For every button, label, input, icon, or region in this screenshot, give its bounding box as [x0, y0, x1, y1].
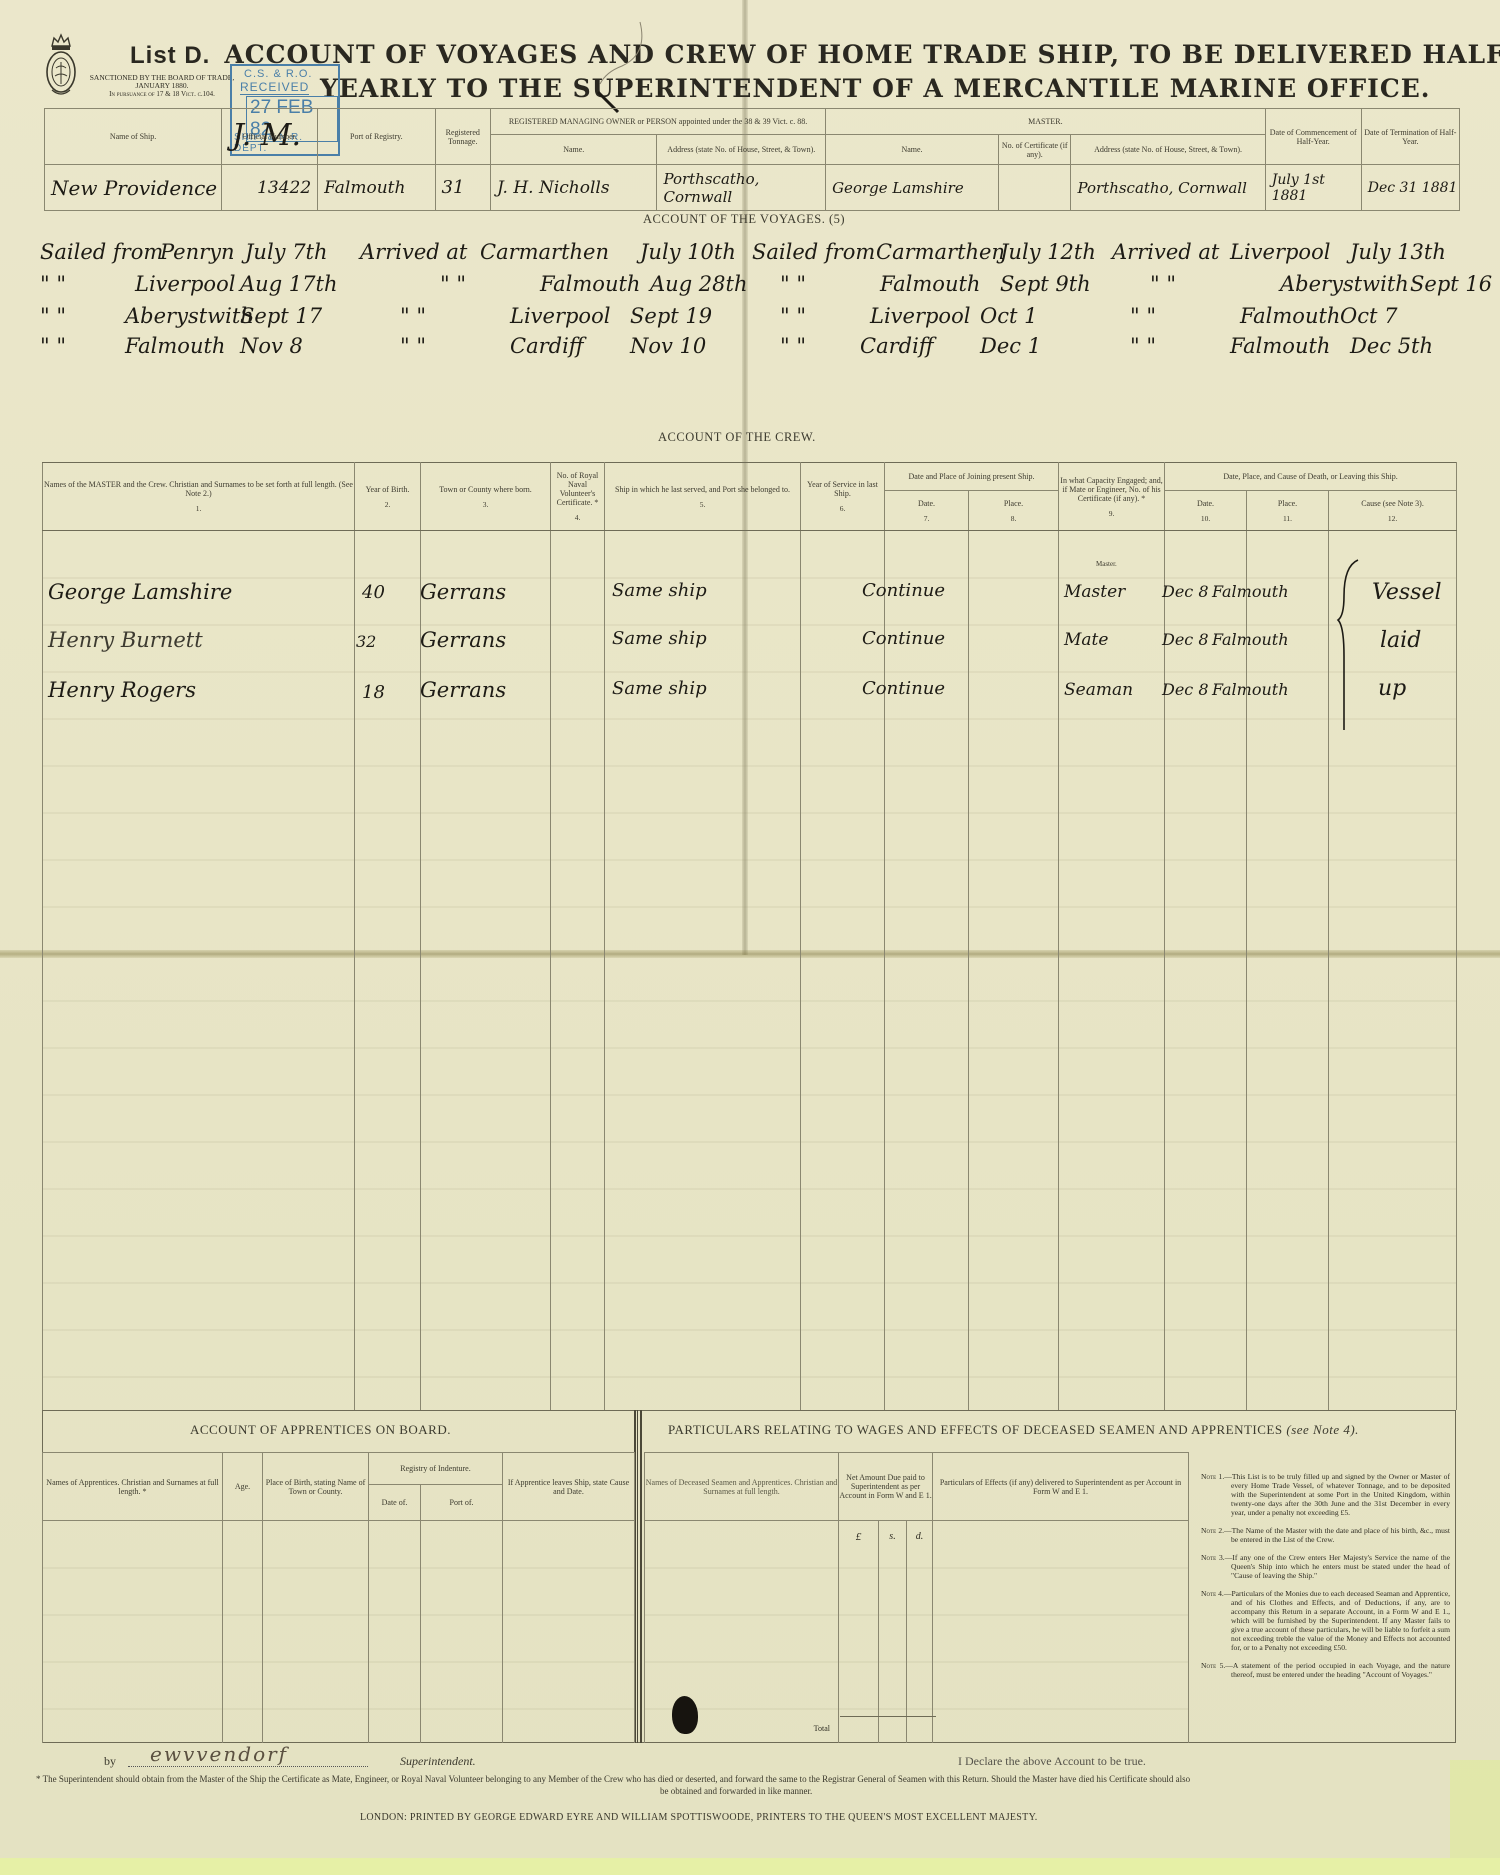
- crew-header-leaving-group: Date, Place, and Cause of Death, or Leav…: [1165, 463, 1457, 491]
- cause-line-3: up: [1378, 676, 1406, 701]
- tonnage-value: 31: [435, 165, 490, 211]
- crew-header-born: Town or County where born.3.: [421, 463, 551, 531]
- crew-section-title: ACCOUNT OF THE CREW.: [658, 430, 816, 445]
- cause-line-1: Vessel: [1372, 580, 1442, 605]
- port-registry-value: Falmouth: [318, 165, 435, 211]
- wages-header-net-amount: Net Amount Due paid to Superintendent as…: [839, 1453, 933, 1521]
- document-title-line-2: YEARLY TO THE SUPERINTENDENT OF A MERCAN…: [320, 74, 1431, 103]
- crew-header-name: Names of the MASTER and the Crew. Christ…: [43, 463, 355, 531]
- total-rule: [840, 1716, 936, 1717]
- apprentice-header-names: Names of Apprentices. Christian and Surn…: [43, 1453, 223, 1521]
- wages-section-title: PARTICULARS RELATING TO WAGES AND EFFECT…: [668, 1422, 1359, 1438]
- official-number-value: 13422: [222, 165, 318, 211]
- footnote: * The Superintendent should obtain from …: [36, 1774, 1190, 1784]
- wages-header-names: Names of Deceased Seamen and Apprentices…: [645, 1453, 839, 1521]
- sanction-note: Sanctioned by the Board of Trade, Januar…: [72, 74, 252, 98]
- superintendent-signature-line: [128, 1766, 368, 1767]
- double-rule-divider: [634, 1410, 642, 1743]
- scan-edge-strip: [1450, 1760, 1500, 1860]
- crew-header-capacity: In what Capacity Engaged; and, if Mate o…: [1059, 463, 1165, 531]
- list-label: List D.: [130, 42, 210, 69]
- header-master-certificate: No. of Certificate (if any).: [998, 135, 1071, 165]
- header-date-termination: Date of Termination of Half-Year.: [1361, 109, 1459, 165]
- notes-box: Note 1.—This List is to be truly filled …: [1188, 1452, 1456, 1743]
- master-caption: Master.: [1096, 560, 1117, 569]
- master-address-value: Porthscatho, Cornwall: [1071, 165, 1265, 211]
- printer-imprint: LONDON: PRINTED BY GEORGE EDWARD EYRE AN…: [360, 1812, 1038, 1823]
- date-commencement-value: July 1st 1881: [1265, 165, 1361, 211]
- wages-table: Names of Deceased Seamen and Apprentices…: [644, 1452, 1189, 1743]
- wages-header-effects: Particulars of Effects (if any) delivere…: [933, 1453, 1189, 1521]
- header-owner-address: Address (state No. of House, Street, & T…: [657, 135, 826, 165]
- voyage-row: " "FalmouthNov 8 " "CardiffNov 10 " "Car…: [40, 334, 1480, 364]
- total-label: Total: [814, 1724, 830, 1733]
- apprentice-header-registry: Registry of Indenture.: [369, 1453, 503, 1485]
- note-4: Note 4.—Particulars of the Monies due to…: [1195, 1589, 1450, 1652]
- header-ship-name: Name of Ship.: [45, 109, 222, 165]
- bracket-icon: [1330, 556, 1360, 736]
- scan-bottom-strip: [0, 1858, 1500, 1875]
- footnote-continued: be obtained and forwarded in like manner…: [660, 1786, 812, 1796]
- header-master-address: Address (state No. of House, Street, & T…: [1071, 135, 1265, 165]
- note-3: Note 3.—If any one of the Crew enters He…: [1195, 1553, 1450, 1580]
- apprentice-header-port: Port of.: [421, 1485, 503, 1521]
- pencil-mark-icon: [560, 14, 660, 114]
- apprentices-table: Names of Apprentices. Christian and Surn…: [42, 1452, 635, 1743]
- apprentice-header-age: Age.: [223, 1453, 263, 1521]
- header-master-name: Name.: [826, 135, 999, 165]
- ship-name-value: New Providence: [45, 165, 222, 211]
- header-date-commencement: Date of Commencement of Half-Year.: [1265, 109, 1361, 165]
- crew-header-join-date: Date.7.: [885, 491, 969, 531]
- header-tonnage: Registered Tonnage.: [435, 109, 490, 165]
- note-2: Note 2.—The Name of the Master with the …: [1195, 1526, 1450, 1544]
- owner-address-value: Porthscatho, Cornwall: [657, 165, 826, 211]
- superintendent-label: Superintendent.: [400, 1754, 476, 1769]
- header-port-registry: Port of Registry.: [318, 109, 435, 165]
- apprentice-header-birth: Place of Birth, stating Name of Town or …: [263, 1453, 369, 1521]
- crew-header-leave-place: Place.11.: [1247, 491, 1329, 531]
- crew-header-service: Year of Service in last Ship.6.: [801, 463, 885, 531]
- header-master-group: MASTER.: [826, 109, 1266, 135]
- header-owner-name: Name.: [491, 135, 657, 165]
- ink-blot: [672, 1696, 698, 1734]
- crew-header-cause: Cause (see Note 3).12.: [1329, 491, 1457, 531]
- voyage-row: Sailed fromPenrynJuly 7th Arrived atCarm…: [40, 240, 1480, 270]
- declaration-text: I Declare the above Account to be true.: [958, 1754, 1146, 1769]
- pounds-symbol: £: [839, 1521, 879, 1744]
- apprentices-section-title: ACCOUNT OF APPRENTICES ON BOARD.: [190, 1422, 451, 1438]
- crew-header-join-place: Place.8.: [969, 491, 1059, 531]
- voyages-section-title: ACCOUNT OF THE VOYAGES. (5): [643, 212, 845, 227]
- ship-particulars-table: Name of Ship. Official Number. Port of R…: [44, 108, 1460, 211]
- crew-table: Names of the MASTER and the Crew. Christ…: [42, 462, 1457, 1410]
- header-owner-group: REGISTERED MANAGING OWNER or PERSON appo…: [491, 109, 826, 135]
- crew-header-rnv: No. of Royal Naval Volunteer's Certifica…: [551, 463, 605, 531]
- crew-header-leave-date: Date.10.: [1165, 491, 1247, 531]
- note-5: Note 5.—A statement of the period occupi…: [1195, 1661, 1450, 1679]
- header-official-number: Official Number.: [222, 109, 318, 165]
- apprentice-header-leaves: If Apprentice leaves Ship, state Cause a…: [503, 1453, 635, 1521]
- superintendent-signature: ewvvendorf: [150, 1742, 288, 1766]
- apprentice-header-date: Date of.: [369, 1485, 421, 1521]
- voyage-row: " "LiverpoolAug 17th " "FalmouthAug 28th…: [40, 272, 1480, 302]
- voyage-row: " "AberystwithSept 17 " "LiverpoolSept 1…: [40, 304, 1480, 334]
- date-termination-value: Dec 31 1881: [1361, 165, 1459, 211]
- crew-header-joining-group: Date and Place of Joining present Ship.: [885, 463, 1059, 491]
- cause-line-2: laid: [1380, 628, 1421, 653]
- crew-header-last-ship: Ship in which he last served, and Port s…: [605, 463, 801, 531]
- crew-header-birth: Year of Birth.2.: [355, 463, 421, 531]
- by-label: by: [104, 1754, 116, 1769]
- note-1: Note 1.—This List is to be truly filled …: [1195, 1472, 1450, 1517]
- pence-symbol: d.: [907, 1521, 933, 1744]
- owner-name-value: J. H. Nicholls: [491, 165, 657, 211]
- shillings-symbol: s.: [879, 1521, 907, 1744]
- master-name-value: George Lamshire: [826, 165, 999, 211]
- master-certificate-value: [998, 165, 1071, 211]
